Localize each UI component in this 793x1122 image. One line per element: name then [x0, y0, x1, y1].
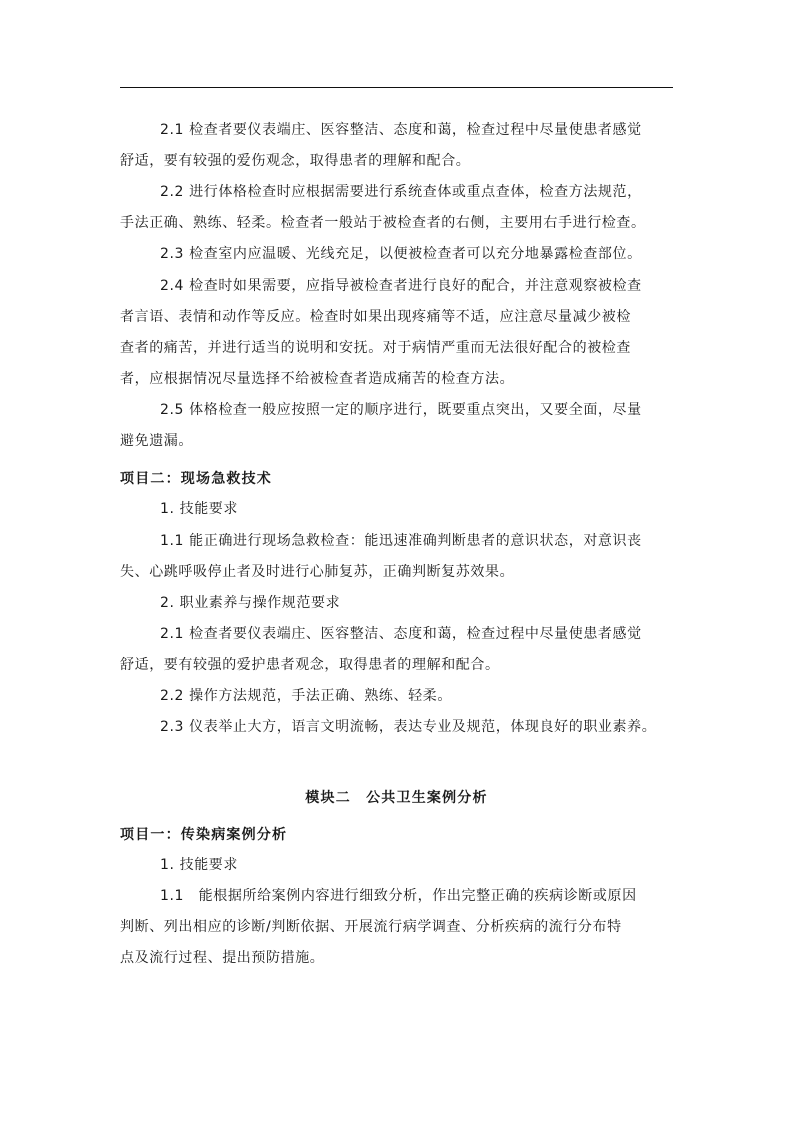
paragraph-line: 舒适，要有较强的爱护患者观念，取得患者的理解和配合。	[120, 655, 673, 675]
paragraph-line: 2.5 体格检查一般应按照一定的顺序进行，既要重点突出，又要全面，尽量	[160, 400, 673, 420]
paragraph-line: 2.1 检查者要仪表端庄、医容整洁、态度和蔼，检查过程中尽量使患者感觉	[160, 120, 673, 140]
document-page: 2.1 检查者要仪表端庄、医容整洁、态度和蔼，检查过程中尽量使患者感觉 舒适，要…	[0, 0, 793, 1122]
paragraph-line: 2.1 检查者要仪表端庄、医容整洁、态度和蔼，检查过程中尽量使患者感觉	[160, 624, 673, 644]
list-item: 2. 职业素养与操作规范要求	[160, 593, 713, 613]
header-rule	[120, 87, 673, 88]
paragraph-line: 2.4 检查时如果需要，应指导被检查者进行良好的配合，并注意观察被检查	[160, 276, 673, 296]
paragraph-line: 点及流行过程、提出预防措施。	[120, 948, 673, 968]
paragraph-line: 舒适，要有较强的爱伤观念，取得患者的理解和配合。	[120, 151, 673, 171]
paragraph-line: 1.1 能正确进行现场急救检查：能迅速准确判断患者的意识状态，对意识丧	[160, 531, 673, 551]
list-item: 1. 技能要求	[160, 855, 713, 875]
paragraph-line: 1.1 能根据所给案例内容进行细致分析，作出完整正确的疾病诊断或原因	[160, 886, 673, 906]
paragraph-line: 者言语、表情和动作等反应。检查时如果出现疼痛等不适，应注意尽量减少被检	[120, 307, 673, 327]
section-heading: 项目一：传染病案例分析	[120, 825, 673, 845]
paragraph-line: 避免遗漏。	[120, 431, 673, 451]
paragraph-line: 2.3 仪表举止大方，语言文明流畅，表达专业及规范，体现良好的职业素养。	[160, 717, 673, 737]
list-item: 1. 技能要求	[160, 499, 713, 519]
paragraph-line: 查者的痛苦，并进行适当的说明和安抚。对于病情严重而无法很好配合的被检查	[120, 338, 673, 358]
paragraph-line: 者，应根据情况尽量选择不给被检查者造成痛苦的检查方法。	[120, 369, 673, 389]
paragraph-line: 2.2 进行体格检查时应根据需要进行系统查体或重点查体，检查方法规范，	[160, 182, 673, 202]
paragraph-line: 2.3 检查室内应温暖、光线充足，以便被检查者可以充分地暴露检查部位。	[160, 244, 673, 264]
module-title: 模块二 公共卫生案例分析	[120, 788, 673, 808]
paragraph-line: 失、心跳呼吸停止者及时进行心肺复苏，正确判断复苏效果。	[120, 562, 673, 582]
section-heading: 项目二：现场急救技术	[120, 469, 673, 489]
paragraph-line: 手法正确、熟练、轻柔。检查者一般站于被检查者的右侧，主要用右手进行检查。	[120, 213, 673, 233]
paragraph-line: 2.2 操作方法规范，手法正确、熟练、轻柔。	[160, 686, 673, 706]
paragraph-line: 判断、列出相应的诊断/判断依据、开展流行病学调查、分析疾病的流行分布特	[120, 917, 673, 937]
